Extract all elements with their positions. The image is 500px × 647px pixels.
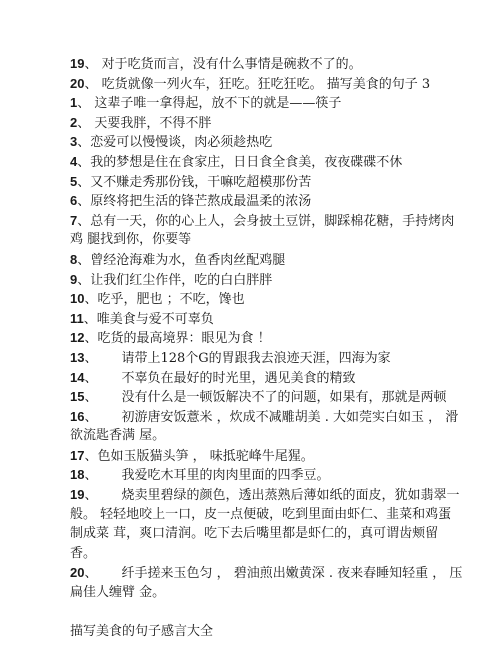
item-separator: 、 xyxy=(77,253,90,268)
line-text: 请带上128个G的胃跟我去浪迹天涯，四海为家 xyxy=(121,351,390,366)
line-text: 我的梦想是住在食家庄，日日食全食美，夜夜碟碟不休 xyxy=(90,155,402,170)
text-line: 4、我的梦想是住在食家庄，日日食全食美，夜夜碟碟不休 xyxy=(70,152,470,172)
text-line: 18、我爱吃木耳里的肉肉里面的四季豆。 xyxy=(70,465,470,485)
item-number: 16 xyxy=(70,409,84,424)
text-line: 欲流匙香满 屋。 xyxy=(70,426,470,446)
text-line: 19、烧卖里碧绿的颜色，透出蒸熟后薄如纸的面皮，犹如翡翠一 xyxy=(70,485,470,505)
item-separator: 、 xyxy=(84,292,97,307)
item-separator: 、 xyxy=(77,116,94,131)
text-line: 17、色如玉版猫头笋 ， 味抵驼峰牛尾猩。 xyxy=(70,446,470,466)
text-line: 12、吃货的最高境界：眼见为食 ！ xyxy=(70,328,470,348)
item-separator: 、 xyxy=(84,77,101,92)
text-line: 制成菜 茸，爽口清润。吃下去后嘴里都是虾仁的，真可谓齿颊留 xyxy=(70,524,470,544)
item-separator: 、 xyxy=(84,351,97,366)
item-separator: 、 xyxy=(84,410,97,425)
text-line: 香。 xyxy=(70,544,470,564)
item-number: 17 xyxy=(70,448,84,463)
line-text: 吃货的最高境界：眼见为食 ！ xyxy=(97,331,270,346)
text-line: 14、不辜负在最好的时光里，遇见美食的精致 xyxy=(70,368,470,388)
item-separator: 、 xyxy=(84,371,97,386)
text-line: 鸡 腿找到你，你要等 xyxy=(70,230,470,250)
text-line: 10、吃乎，肥也 ；不吃，馋也 xyxy=(70,289,470,309)
line-text: 扁佳人缠臂 金。 xyxy=(70,585,165,600)
item-separator: 、 xyxy=(84,57,101,72)
item-separator: 、 xyxy=(84,566,97,581)
text-line: 9、让我们红尘作伴，吃的白白胖胖 xyxy=(70,270,470,290)
item-number: 12 xyxy=(70,330,84,345)
text-line: 11、唯美食与爱不可辜负 xyxy=(70,309,470,329)
item-number: 15 xyxy=(70,389,84,404)
item-number: 18 xyxy=(70,467,84,482)
text-line: 15、没有什么是一顿饭解决不了的问题，如果有，那就是两顿 xyxy=(70,387,470,407)
text-line: 3、恋爱可以慢慢谈，肉必须趁热吃 xyxy=(70,132,470,152)
line-text: 吃乎，肥也 ；不吃，馋也 xyxy=(97,292,244,307)
item-number: 19 xyxy=(70,56,84,71)
line-text: 不辜负在最好的时光里，遇见美食的精致 xyxy=(121,371,355,386)
text-line: 1、 这辈子唯一拿得起，放不下的就是——筷子 xyxy=(70,93,470,113)
item-number: 20 xyxy=(70,76,84,91)
item-separator: 、 xyxy=(84,449,97,464)
text-line: 2、 天要我胖，不得不胖 xyxy=(70,113,470,133)
item-separator: 、 xyxy=(84,390,97,405)
text-line: 16、初游唐安饭薏米 ，炊成不减雕胡美 . 大如莞实白如玉 ， 滑 xyxy=(70,407,470,427)
text-line: 19、 对于吃货而言，没有什么事情是碗救不了的。 xyxy=(70,54,470,74)
line-text: 烧卖里碧绿的颜色，透出蒸熟后薄如纸的面皮，犹如翡翠一 xyxy=(121,488,459,503)
line-text: 总有一天，你的心上人，会身披土豆饼，脚踩棉花糖，手持烤肉 xyxy=(90,214,454,229)
line-text: 又不赚走秀那份钱，干嘛吃超模那份苦 xyxy=(90,175,311,190)
line-text: 这辈子唯一拿得起，放不下的就是——筷子 xyxy=(94,96,341,111)
line-text: 让我们红尘作伴，吃的白白胖胖 xyxy=(90,273,272,288)
item-separator: 、 xyxy=(84,468,97,483)
line-text: 恋爱可以慢慢谈，肉必须趁热吃 xyxy=(90,135,272,150)
section-title: 描写美食的句子感言大全 xyxy=(70,622,470,642)
text-line: 20、 吃货就像一列火车，狂吃。狂吃狂吃。 描写美食的句子 3 xyxy=(70,74,470,94)
item-number: 14 xyxy=(70,370,84,385)
item-separator: 、 xyxy=(77,175,90,190)
item-separator: 、 xyxy=(84,488,97,503)
line-text: 我爱吃木耳里的肉肉里面的四季豆。 xyxy=(121,468,329,483)
text-line: 13、请带上128个G的胃跟我去浪迹天涯，四海为家 xyxy=(70,348,470,368)
item-number: 20 xyxy=(70,565,84,580)
text-line: 般。 轻轻地咬上一口，皮一点便破，吃到里面由虾仁、韭菜和鸡蛋 xyxy=(70,505,470,525)
item-number: 10 xyxy=(70,291,84,306)
text-line: 8、曾经沧海难为水，鱼香肉丝配鸡腿 xyxy=(70,250,470,270)
item-number: 11 xyxy=(70,311,84,326)
item-separator: 、 xyxy=(84,312,97,327)
item-number: 19 xyxy=(70,487,84,502)
text-line: 扁佳人缠臂 金。 xyxy=(70,583,470,603)
line-text: 般。 轻轻地咬上一口，皮一点便破，吃到里面由虾仁、韭菜和鸡蛋 xyxy=(70,507,451,522)
document-body: 19、 对于吃货而言，没有什么事情是碗救不了的。20、 吃货就像一列火车，狂吃。… xyxy=(70,54,470,603)
line-text: 曾经沧海难为水，鱼香肉丝配鸡腿 xyxy=(90,253,285,268)
item-separator: 、 xyxy=(77,214,90,229)
line-text: 原终将把生活的锋芒熬成最温柔的浓汤 xyxy=(90,194,311,209)
item-separator: 、 xyxy=(77,194,90,209)
text-line: 6、原终将把生活的锋芒熬成最温柔的浓汤 xyxy=(70,191,470,211)
item-separator: 、 xyxy=(77,96,94,111)
item-number: 13 xyxy=(70,350,84,365)
text-line: 5、又不赚走秀那份钱，干嘛吃超模那份苦 xyxy=(70,172,470,192)
line-text: 色如玉版猫头笋 ， 味抵驼峰牛尾猩。 xyxy=(97,449,313,464)
item-separator: 、 xyxy=(84,331,97,346)
line-text: 对于吃货而言，没有什么事情是碗救不了的。 xyxy=(102,57,362,72)
line-text: 鸡 腿找到你，你要等 xyxy=(70,232,191,247)
line-text: 纤手搓来玉色匀 ， 碧油煎出嫩黄深 . 夜来春睡知轻重 ， 压 xyxy=(121,566,462,581)
text-line: 20、纤手搓来玉色匀 ， 碧油煎出嫩黄深 . 夜来春睡知轻重 ， 压 xyxy=(70,563,470,583)
line-text: 吃货就像一列火车，狂吃。狂吃狂吃。 描写美食的句子 3 xyxy=(102,77,431,92)
item-separator: 、 xyxy=(77,273,90,288)
item-separator: 、 xyxy=(77,155,90,170)
item-separator: 、 xyxy=(77,135,90,150)
line-text: 初游唐安饭薏米 ，炊成不减雕胡美 . 大如莞实白如玉 ， 滑 xyxy=(121,410,458,425)
line-text: 欲流匙香满 屋。 xyxy=(70,428,165,443)
line-text: 没有什么是一顿饭解决不了的问题，如果有，那就是两顿 xyxy=(121,390,446,405)
text-line: 7、总有一天，你的心上人，会身披土豆饼，脚踩棉花糖，手持烤肉 xyxy=(70,211,470,231)
line-text: 唯美食与爱不可辜负 xyxy=(97,312,214,327)
line-text: 天要我胖，不得不胖 xyxy=(94,116,211,131)
document-page: 19、 对于吃货而言，没有什么事情是碗救不了的。20、 吃货就像一列火车，狂吃。… xyxy=(70,54,470,642)
line-text: 制成菜 茸，爽口清润。吃下去后嘴里都是虾仁的，真可谓齿颊留 xyxy=(70,526,438,541)
line-text: 香。 xyxy=(70,546,96,561)
